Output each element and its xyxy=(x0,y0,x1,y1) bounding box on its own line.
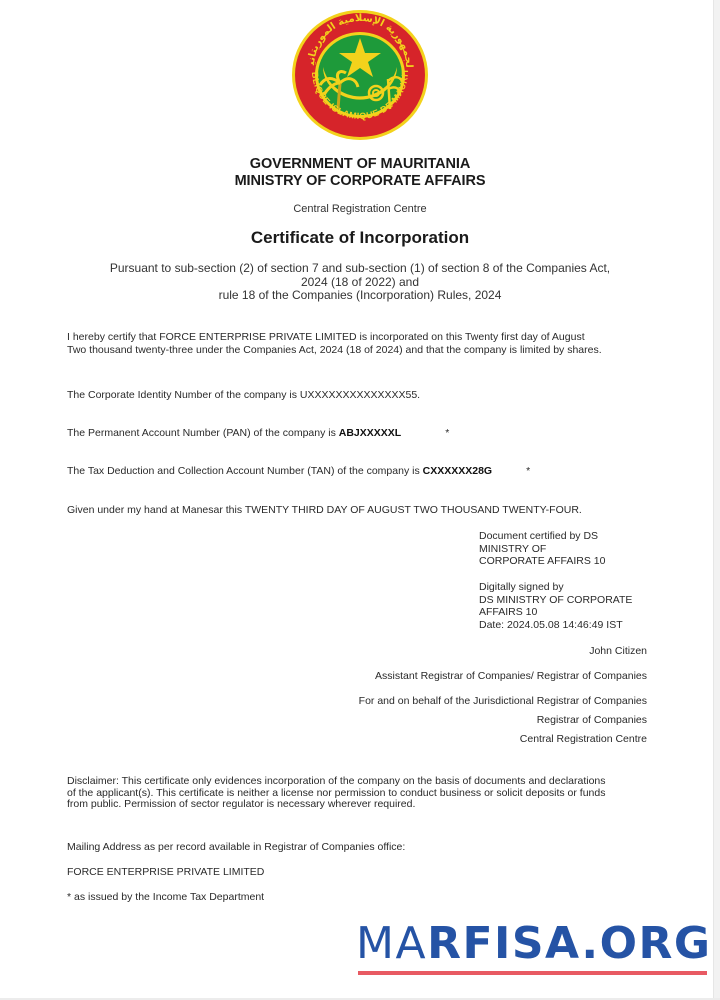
behalf-statement: For and on behalf of the Jurisdictional … xyxy=(359,695,647,707)
mailing-company-name: FORCE ENTERPRISE PRIVATE LIMITED xyxy=(67,866,264,879)
certified-line-3: CORPORATE AFFAIRS 10 xyxy=(479,555,605,568)
pan-statement: The Permanent Account Number (PAN) of th… xyxy=(67,427,449,440)
tan-asterisk: * xyxy=(526,465,530,478)
disclaimer: Disclaimer: This certificate only eviden… xyxy=(67,776,606,811)
pursuant-line-1: Pursuant to sub-section (2) of section 7… xyxy=(100,262,620,276)
pan-value: ABJXXXXXL xyxy=(339,427,401,439)
signatory-role: Assistant Registrar of Companies/ Regist… xyxy=(375,670,647,682)
tan-statement: The Tax Deduction and Collection Account… xyxy=(67,465,530,478)
pursuant-line-3: rule 18 of the Companies (Incorporation)… xyxy=(100,289,620,303)
registration-centre-footer: Central Registration Centre xyxy=(520,733,647,745)
certified-line-1: Document certified by DS xyxy=(479,530,605,543)
digital-signature-block: Digitally signed by DS MINISTRY OF CORPO… xyxy=(479,581,632,631)
signed-line-2: DS MINISTRY OF CORPORATE xyxy=(479,594,632,607)
signed-line-3: AFFAIRS 10 xyxy=(479,606,632,619)
certification-statement: I hereby certify that FORCE ENTERPRISE P… xyxy=(67,331,602,357)
mailing-address-label: Mailing Address as per record available … xyxy=(67,841,405,854)
signed-line-1: Digitally signed by xyxy=(479,581,632,594)
pan-asterisk: * xyxy=(445,427,449,440)
signatory-name: John Citizen xyxy=(589,645,647,657)
disclaimer-line-3: from public. Permission of sector regula… xyxy=(67,799,606,811)
watermark-light-part: MA xyxy=(356,918,427,969)
income-tax-note: * as issued by the Income Tax Department xyxy=(67,891,264,904)
pursuant-clause: Pursuant to sub-section (2) of section 7… xyxy=(100,262,620,303)
marfisa-watermark: MARFISA.ORG xyxy=(356,920,712,968)
registrar-label: Registrar of Companies xyxy=(537,714,647,726)
corporate-identity-number: The Corporate Identity Number of the com… xyxy=(67,389,420,402)
government-heading: GOVERNMENT OF MAURITANIA MINISTRY OF COR… xyxy=(0,156,720,190)
registration-centre-label: Central Registration Centre xyxy=(0,203,720,215)
government-name: GOVERNMENT OF MAURITANIA xyxy=(0,156,720,173)
document-certified-block: Document certified by DS MINISTRY OF COR… xyxy=(479,530,605,568)
certification-line-1: I hereby certify that FORCE ENTERPRISE P… xyxy=(67,331,602,344)
signed-date: Date: 2024.05.08 14:46:49 IST xyxy=(479,619,632,632)
watermark-underline xyxy=(358,971,707,975)
certified-line-2: MINISTRY OF xyxy=(479,543,605,556)
certification-line-2: Two thousand twenty-three under the Comp… xyxy=(67,344,602,357)
pan-label: The Permanent Account Number (PAN) of th… xyxy=(67,427,339,439)
page-right-edge xyxy=(713,0,720,1000)
certificate-title: Certificate of Incorporation xyxy=(0,228,720,248)
ministry-name: MINISTRY OF CORPORATE AFFAIRS xyxy=(0,173,720,190)
given-under-hand-statement: Given under my hand at Manesar this TWEN… xyxy=(67,504,582,517)
tan-label: The Tax Deduction and Collection Account… xyxy=(67,465,423,477)
watermark-bold-part: RFISA.ORG xyxy=(427,918,711,969)
mauritania-coat-of-arms-icon: REPUBLIQUE ISLAMIQUE DE MAURITANIE الجمه… xyxy=(290,9,430,143)
disclaimer-line-1: Disclaimer: This certificate only eviden… xyxy=(67,776,606,788)
tan-value: CXXXXXX28G xyxy=(423,465,492,477)
pursuant-line-2: 2024 (18 of 2022) and xyxy=(100,276,620,290)
